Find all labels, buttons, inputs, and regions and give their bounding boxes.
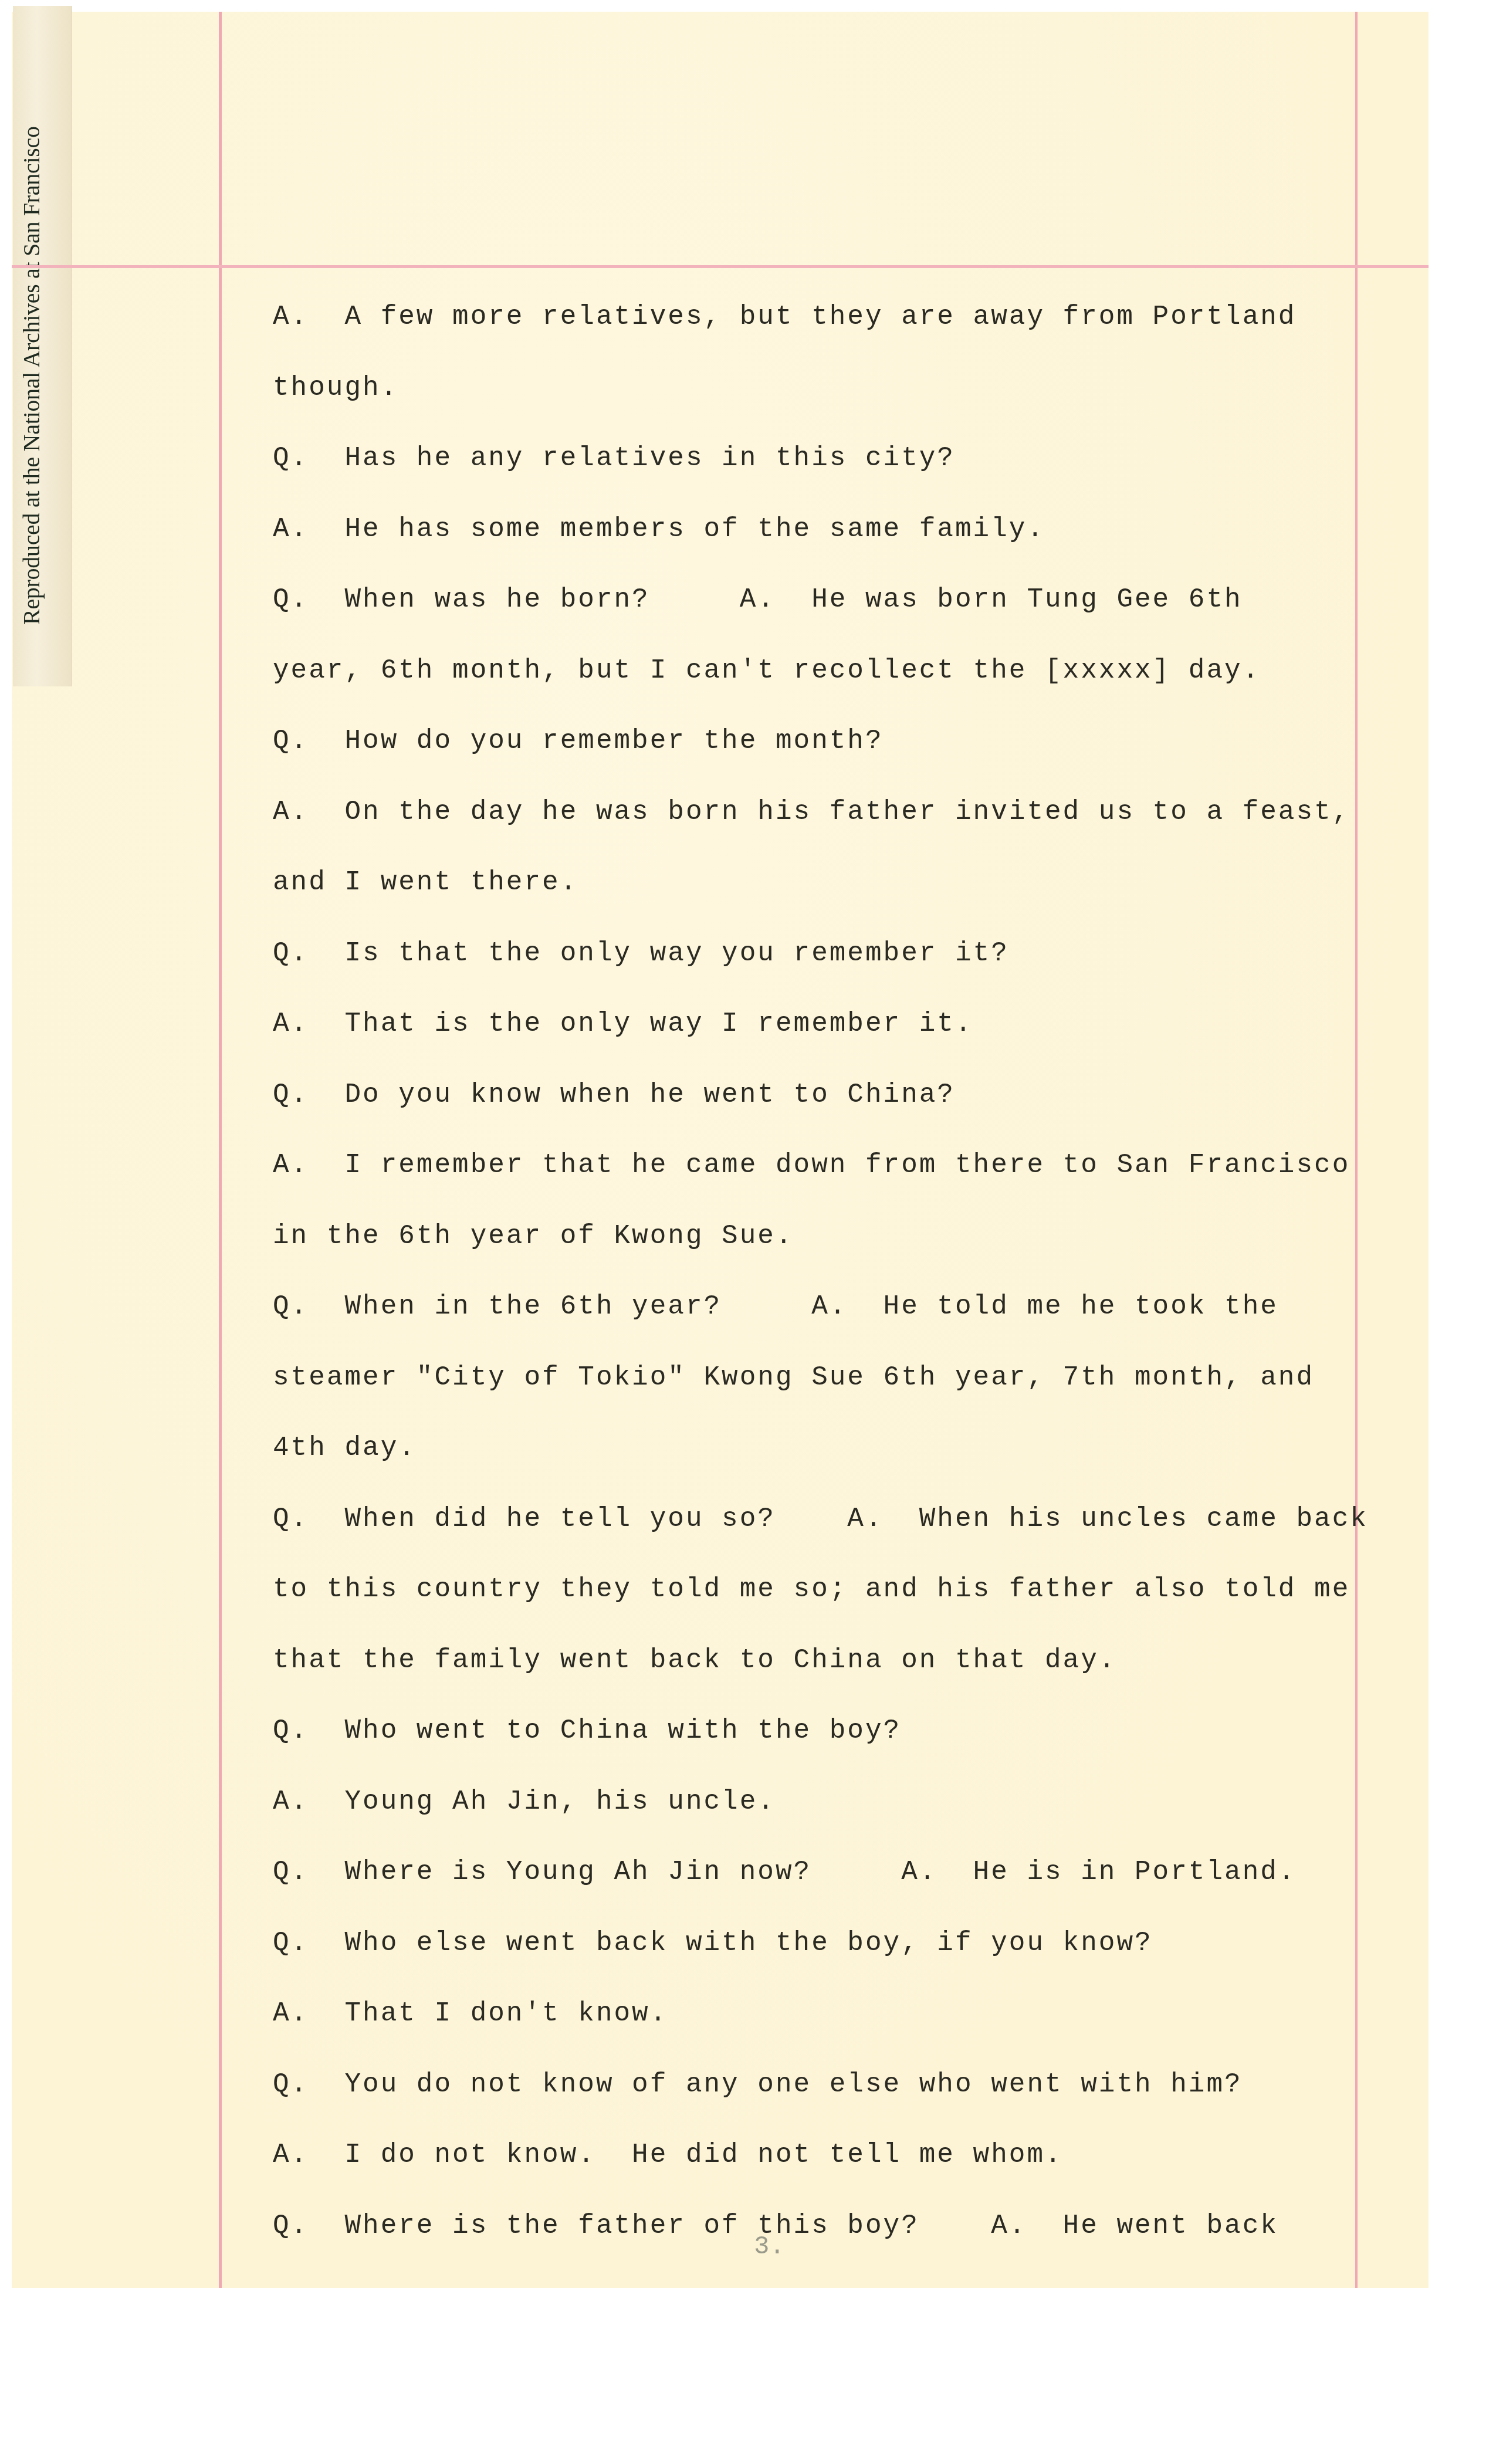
transcript-line: Q. When did he tell you so? A. When his … bbox=[273, 1498, 1358, 1569]
transcript-line: to this country they told me so; and his… bbox=[273, 1569, 1358, 1640]
transcript-line: Q. Who else went back with the boy, if y… bbox=[273, 1923, 1358, 1993]
transcript-line: A. That I don't know. bbox=[273, 1993, 1358, 2064]
transcript-line: Q. When in the 6th year? A. He told me h… bbox=[273, 1286, 1358, 1357]
transcript-line: A. That is the only way I remember it. bbox=[273, 1003, 1358, 1074]
page-number: 3. bbox=[754, 2232, 785, 2262]
transcript-line: that the family went back to China on th… bbox=[273, 1640, 1358, 1711]
transcript-line: Q. Where is the father of this boy? A. H… bbox=[273, 2205, 1358, 2276]
transcript-line: Q. You do not know of any one else who w… bbox=[273, 2064, 1358, 2135]
transcript-line: A. He has some members of the same famil… bbox=[273, 509, 1358, 580]
transcript-line: A. Young Ah Jin, his uncle. bbox=[273, 1781, 1358, 1852]
transcript-body: A. A few more relatives, but they are aw… bbox=[273, 296, 1358, 2276]
transcript-line: Q. Is that the only way you remember it? bbox=[273, 933, 1358, 1004]
transcript-line: Q. When was he born? A. He was born Tung… bbox=[273, 579, 1358, 650]
transcript-line: in the 6th year of Kwong Sue. bbox=[273, 1216, 1358, 1287]
top-margin-line bbox=[12, 265, 1429, 268]
transcript-line: Q. Has he any relatives in this city? bbox=[273, 438, 1358, 509]
left-margin-line bbox=[219, 12, 222, 2288]
transcript-line: year, 6th month, but I can't recollect t… bbox=[273, 650, 1358, 721]
archive-stamp: Reproduced at the National Archives at S… bbox=[18, 126, 45, 625]
transcript-line: Q. Who went to China with the boy? bbox=[273, 1710, 1358, 1781]
transcript-line: A. I do not know. He did not tell me who… bbox=[273, 2134, 1358, 2205]
transcript-line: A. A few more relatives, but they are aw… bbox=[273, 296, 1358, 367]
transcript-line: Q. Where is Young Ah Jin now? A. He is i… bbox=[273, 1852, 1358, 1923]
transcript-line: steamer "City of Tokio" Kwong Sue 6th ye… bbox=[273, 1357, 1358, 1428]
transcript-line: A. On the day he was born his father inv… bbox=[273, 791, 1358, 862]
transcript-line: 4th day. bbox=[273, 1427, 1358, 1498]
transcript-line: A. I remember that he came down from the… bbox=[273, 1145, 1358, 1216]
transcript-line: though. bbox=[273, 367, 1358, 438]
transcript-line: Q. How do you remember the month? bbox=[273, 720, 1358, 791]
transcript-line: Q. Do you know when he went to China? bbox=[273, 1074, 1358, 1145]
transcript-line: and I went there. bbox=[273, 862, 1358, 933]
